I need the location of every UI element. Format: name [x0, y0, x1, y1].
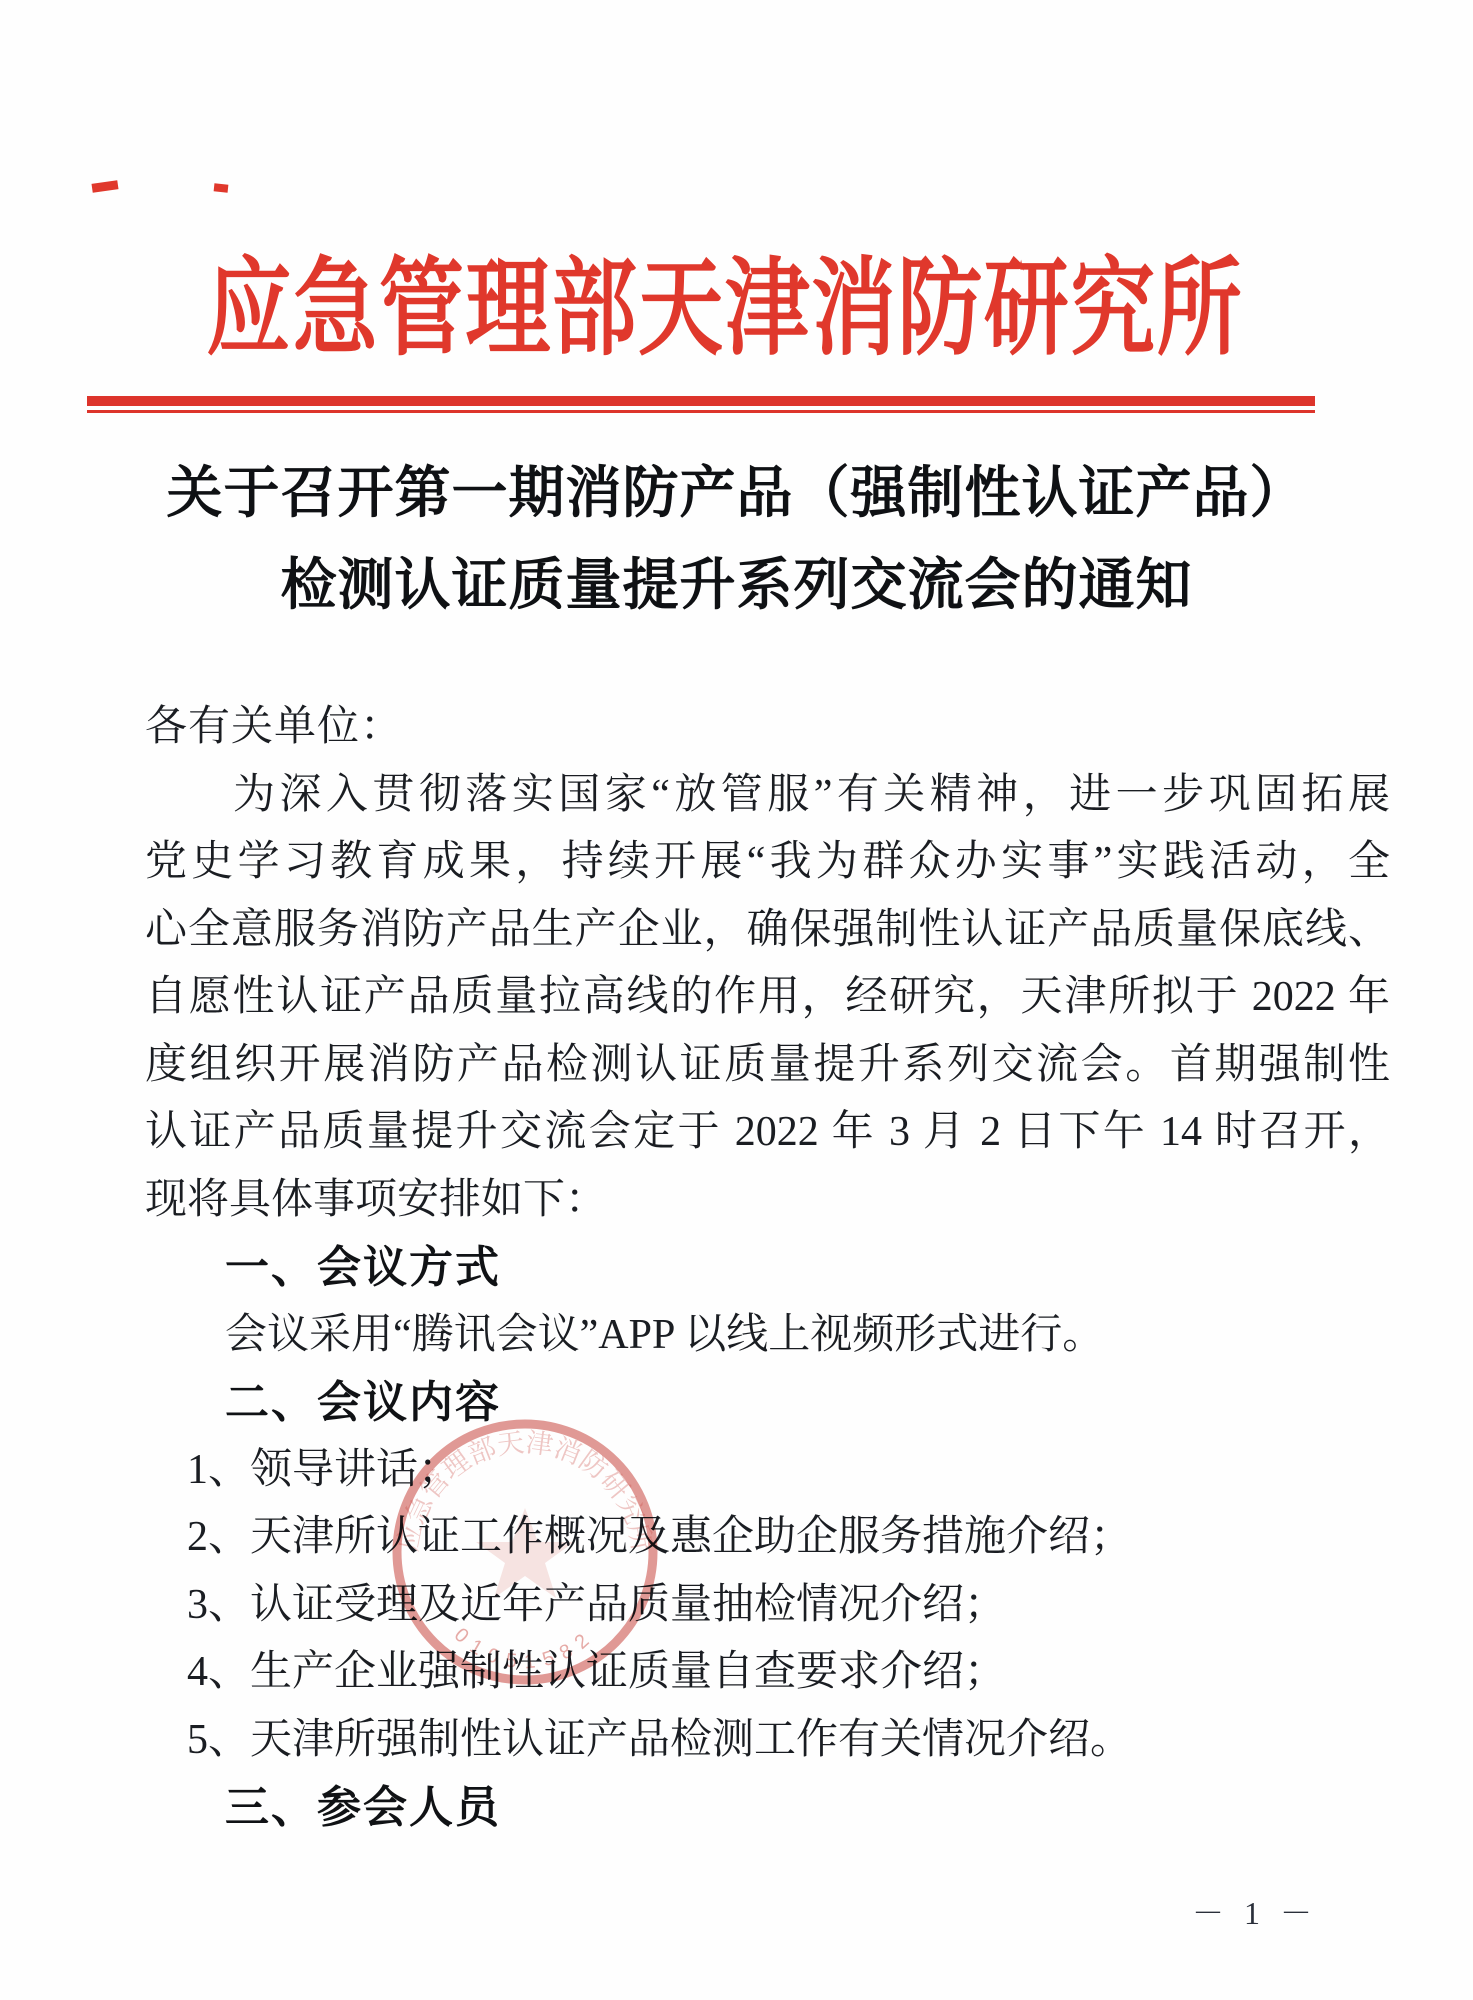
section-heading-meeting-method: 一、会议方式 — [145, 1234, 1390, 1302]
paragraph-line: 度组织开展消防产品检测认证质量提升系列交流会。首期强制性 — [145, 1032, 1390, 1100]
letterhead-rule — [87, 396, 1315, 413]
paragraph-line: 为深入贯彻落实国家“放管服”有关精神，进一步巩固拓展 — [145, 762, 1390, 830]
list-item: 5、天津所强制性认证产品检测工作有关情况介绍。 — [145, 1707, 1390, 1775]
document-title-line-2: 检测认证质量提升系列交流会的通知 — [0, 540, 1473, 632]
list-item: 1、领导讲话； — [145, 1437, 1390, 1505]
paragraph-line: 现将具体事项安排如下： — [145, 1167, 1390, 1235]
section-body-meeting-method: 会议采用“腾讯会议”APP 以线上视频形式进行。 — [145, 1302, 1390, 1370]
letterhead-rule-thin-line — [87, 410, 1315, 413]
scan-speck — [214, 183, 229, 192]
list-item: 4、生产企业强制性认证质量自查要求介绍； — [145, 1639, 1390, 1707]
paragraph-line: 心全意服务消防产品生产企业，确保强制性认证产品质量保底线、 — [145, 897, 1390, 965]
letterhead-title: 应急管理部天津消防研究所 — [136, 252, 1314, 369]
scan-speck — [92, 180, 119, 193]
scanned-notice-page: 应急管理部天津消防研究所 关于召开第一期消防产品（强制性认证产品） 检测认证质量… — [0, 0, 1473, 2000]
salutation: 各有关单位： — [145, 694, 1390, 762]
paragraph-line: 自愿性认证产品质量拉高线的作用，经研究，天津所拟于 2022 年 — [145, 964, 1390, 1032]
document-body: 各有关单位： 为深入贯彻落实国家“放管服”有关精神，进一步巩固拓展 党史学习教育… — [145, 694, 1390, 1842]
document-title-line-1: 关于召开第一期消防产品（强制性认证产品） — [0, 448, 1473, 540]
letterhead-rule-thick-line — [87, 396, 1315, 406]
page-number: － 1 － — [1175, 1893, 1335, 1933]
paragraph-line: 认证产品质量提升交流会定于 2022 年 3 月 2 日下午 14 时召开， — [145, 1099, 1390, 1167]
document-title: 关于召开第一期消防产品（强制性认证产品） 检测认证质量提升系列交流会的通知 — [0, 448, 1473, 632]
section-heading-meeting-content: 二、会议内容 — [145, 1369, 1390, 1437]
paragraph-line: 党史学习教育成果，持续开展“我为群众办实事”实践活动，全 — [145, 829, 1390, 897]
section-heading-participants: 三、参会人员 — [145, 1774, 1390, 1842]
list-item: 2、天津所认证工作概况及惠企助企服务措施介绍； — [145, 1504, 1390, 1572]
list-item: 3、认证受理及近年产品质量抽检情况介绍； — [145, 1572, 1390, 1640]
